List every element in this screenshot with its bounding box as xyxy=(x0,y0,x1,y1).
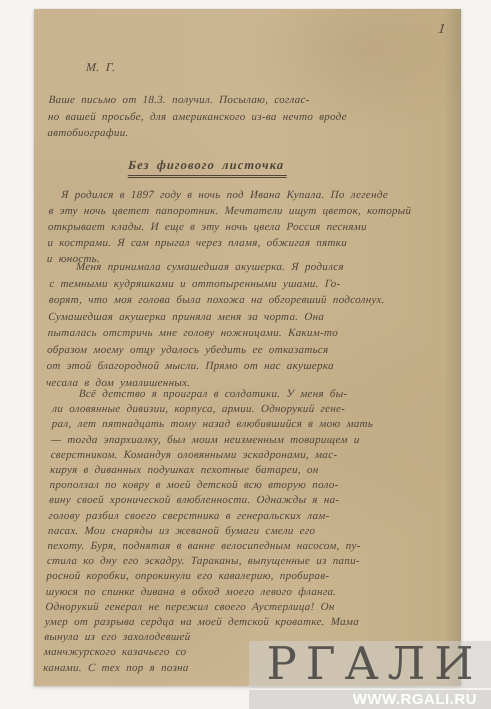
manuscript-line: Я родился в 1897 году в ночь под Ивана К… xyxy=(49,187,412,203)
manuscript-line: но вашей просьбе, для американского из-в… xyxy=(48,109,347,126)
manuscript-line: — тогда эпархиалку, был моим неизменным … xyxy=(51,433,373,448)
manuscript-line: Меня принимала сумашедшая акушерка. Я ро… xyxy=(50,259,386,276)
manuscript-line: росной коробки, опрокинули его кавалерию… xyxy=(46,569,368,584)
paragraph-birth: Я родился в 1897 году в ночь под Ивана К… xyxy=(47,187,413,267)
letter-heading: Без фигового листочка xyxy=(128,158,288,178)
manuscript-line: Ваше письмо от 18.3. получил. Посылаю, с… xyxy=(48,92,347,109)
manuscript-line: сверстником. Командуя оловянными эскадро… xyxy=(50,448,372,463)
manuscript-line: Сумашедшая акушерка приняла меня за чорт… xyxy=(48,309,384,326)
scan-background: 1 М. Г. Ваше письмо от 18.3. получил. По… xyxy=(0,0,491,709)
salutation: М. Г. xyxy=(86,60,116,75)
manuscript-line: Однорукий генерал не пережил своего Ауст… xyxy=(45,600,367,615)
manuscript-line: пасах. Мои снаряды из жеваной бумаги сме… xyxy=(48,524,370,539)
manuscript-line: от этой благородной мысли. Прямо от нас … xyxy=(46,358,382,375)
manuscript-line: голову разбил своего сверстника в генера… xyxy=(48,509,370,524)
letter-heading-wrap: Без фигового листочка xyxy=(128,158,288,178)
paragraph-toy-soldiers: Всё детство я проиграл в солдатики. У ме… xyxy=(43,387,375,676)
manuscript-page: 1 М. Г. Ваше письмо от 18.3. получил. По… xyxy=(34,9,461,686)
manuscript-line: шуюся по спинке дивана в обход моего лев… xyxy=(46,585,368,600)
manuscript-line: в эту ночь цветет папоротник. Мечтатели … xyxy=(48,203,411,219)
manuscript-line: умер от разрыва сердца на моей детской к… xyxy=(45,615,367,630)
manuscript-line: кируя в диванных подушках пехотные батар… xyxy=(50,463,372,478)
manuscript-line: открывает клады. И еще в эту ночь цвела … xyxy=(48,219,411,235)
manuscript-line: вину своей хронической влюбленности. Одн… xyxy=(49,493,371,508)
rgali-url-text: WWW.RGALI.RU xyxy=(353,691,491,708)
rgali-logo-text: РГАЛИ xyxy=(267,641,483,686)
manuscript-line: проползал по ковру в моей детской всю вт… xyxy=(49,478,371,493)
manuscript-line: ворят, что моя голова была похожа на обг… xyxy=(49,292,385,309)
intro-paragraph: Ваше письмо от 18.3. получил. Посылаю, с… xyxy=(47,92,348,142)
rgali-watermark-band: РГАЛИ xyxy=(249,641,491,688)
manuscript-line: с темными кудряшками и оттопыренными уша… xyxy=(49,276,385,293)
manuscript-line: образом моему отцу удалось убедить ее от… xyxy=(47,342,383,359)
manuscript-line: стила ко дну его эскадру. Тараканы, выпу… xyxy=(47,554,369,569)
manuscript-line: пыталась отстричь мне голову ножницами. … xyxy=(47,325,383,342)
manuscript-line: автобиографии. xyxy=(47,125,346,142)
manuscript-line: и кострами. Я сам прыгал через пламя, об… xyxy=(47,235,410,251)
manuscript-line: Всё детство я проиграл в солдатики. У ме… xyxy=(53,387,375,402)
rgali-url-band: WWW.RGALI.RU xyxy=(249,690,491,709)
page-number: 1 xyxy=(437,22,447,38)
manuscript-line: рал, лет пятнадцать тому назад влюбивший… xyxy=(51,417,373,432)
manuscript-line: пехоту. Буря, поднятая в ванне велосипед… xyxy=(47,539,369,554)
manuscript-line: ли оловянные дивизии, корпуса, армии. Од… xyxy=(52,402,374,417)
paragraph-midwife: Меня принимала сумашедшая акушерка. Я ро… xyxy=(46,259,387,391)
